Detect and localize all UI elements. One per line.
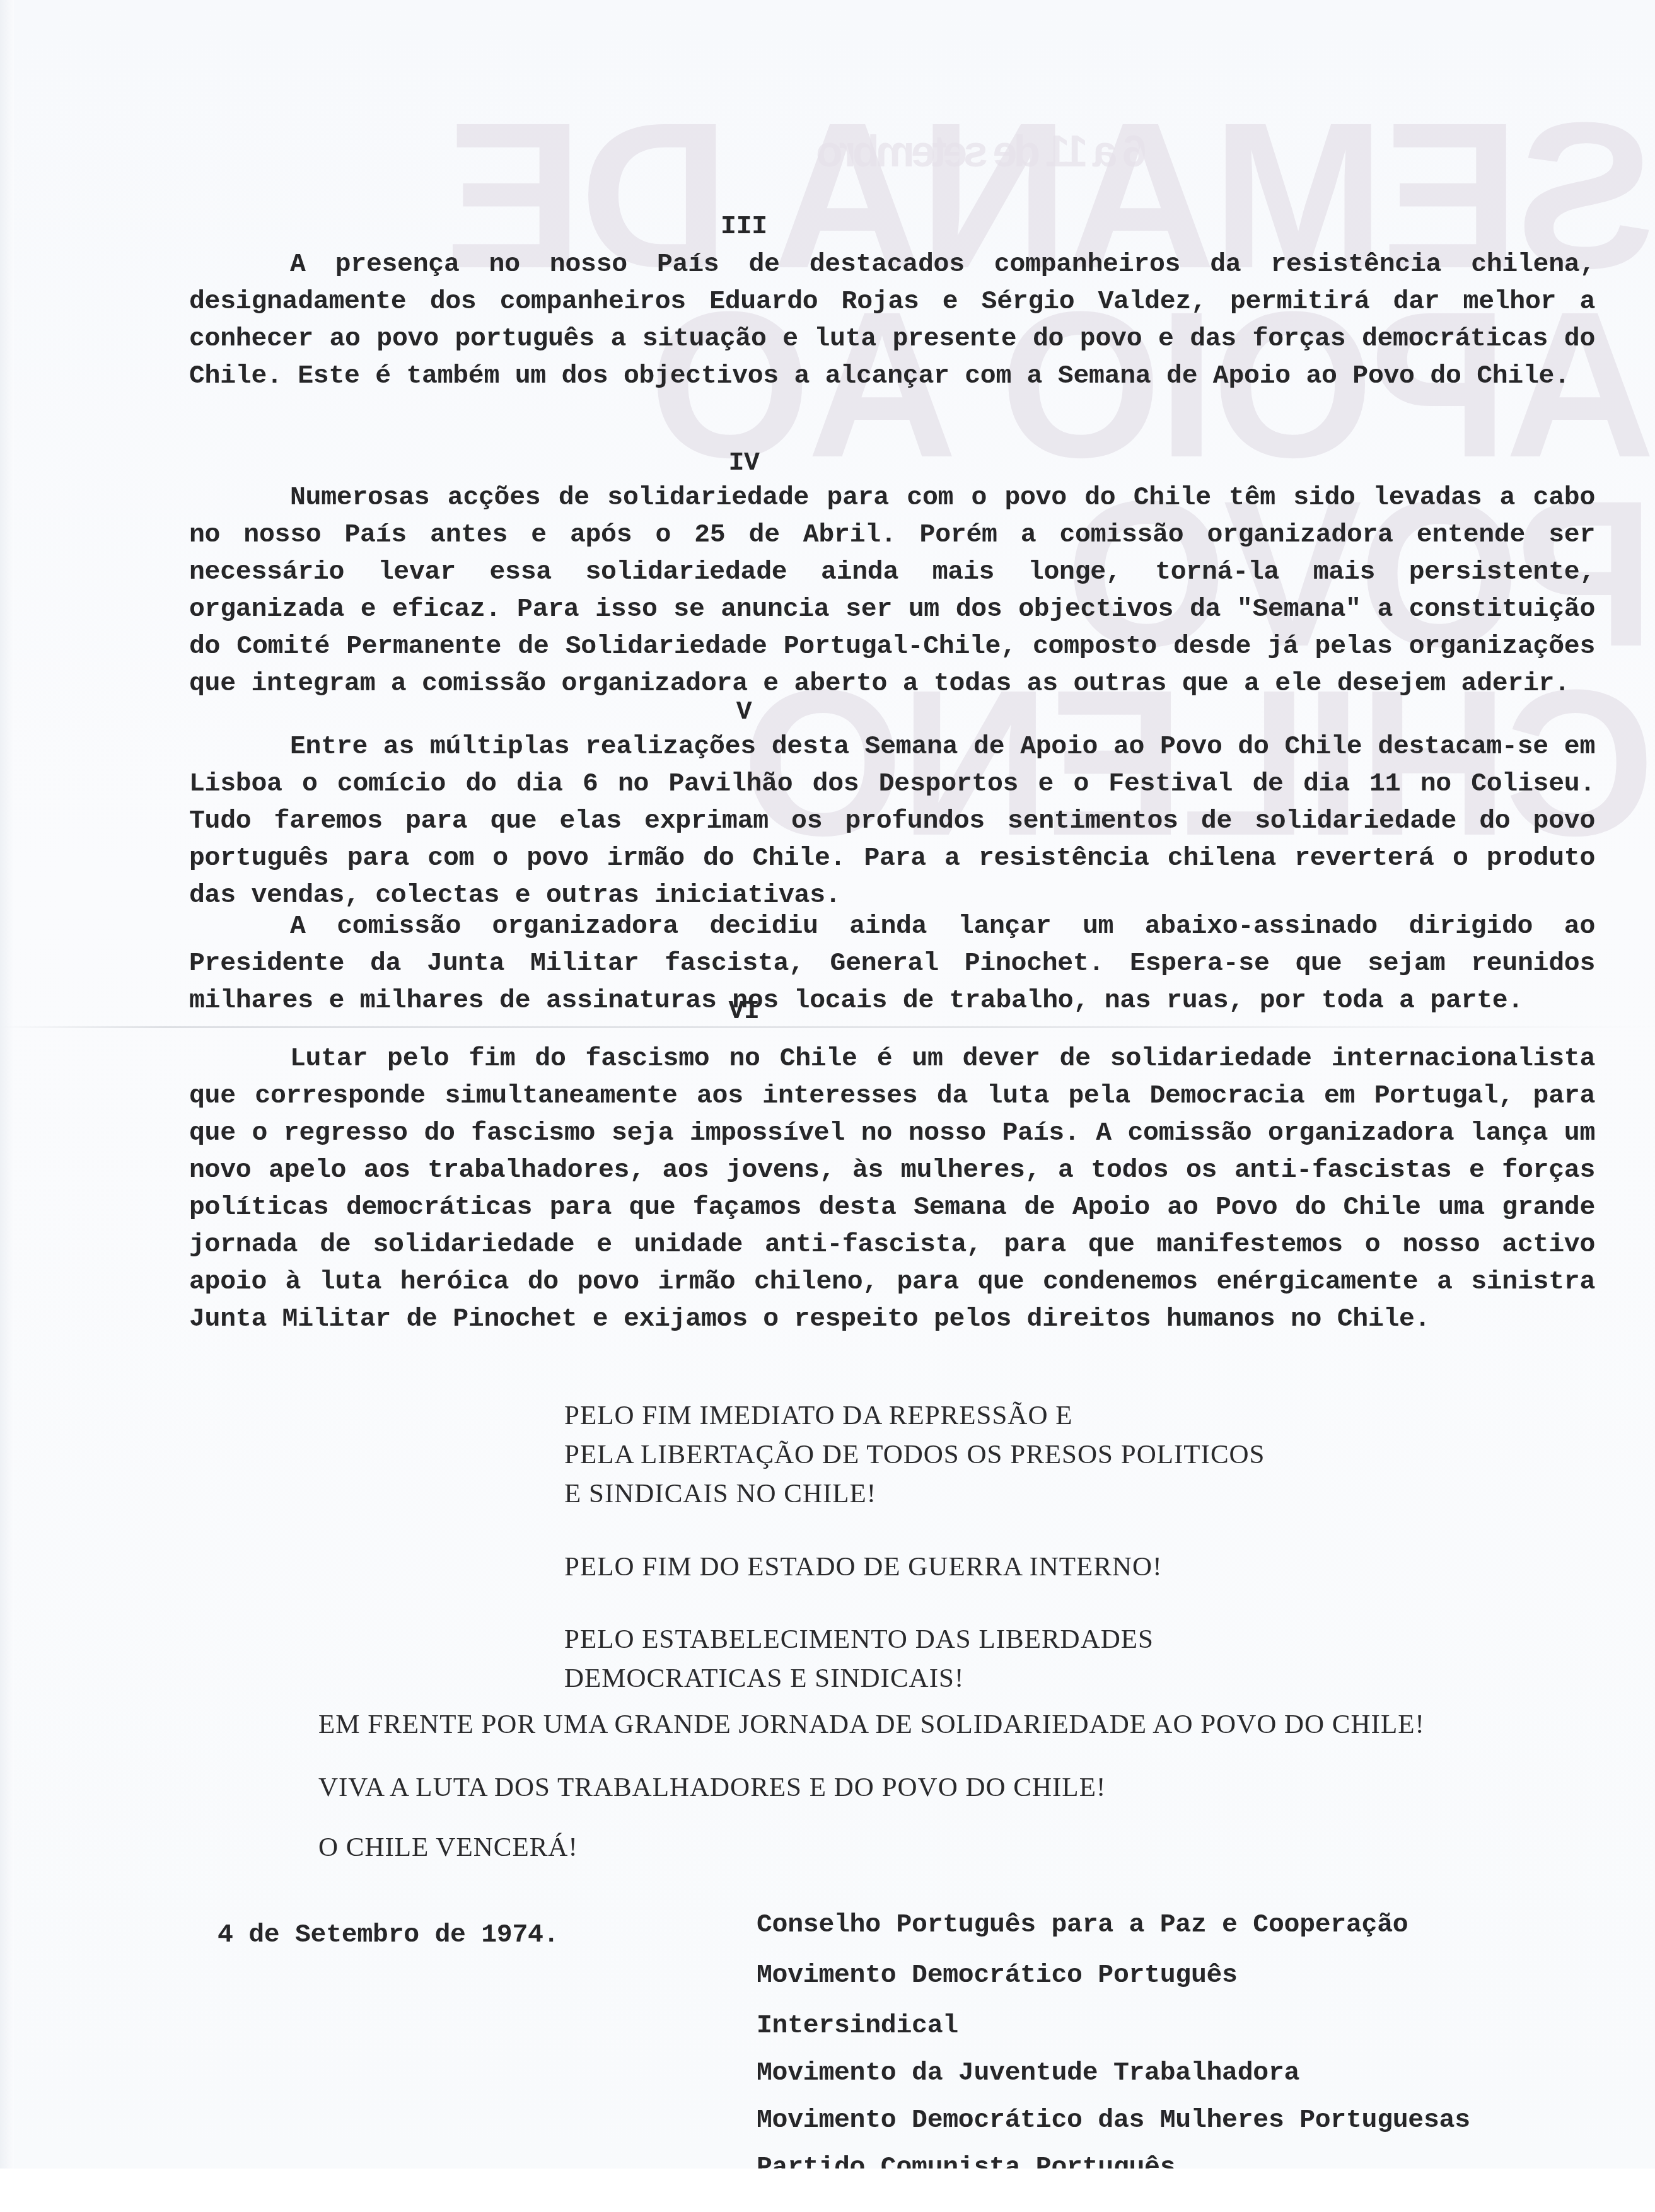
paragraph-text: A presença no nosso País de destacados c… [189,250,1595,391]
paragraph-text: Numerosas acções de solidariedade para c… [189,483,1595,698]
scanned-page: 6 a 11 de setembro SEMANA DE APOIO AO PO… [0,0,1655,2212]
paragraph-text: A comissão organizadora decidiu ainda la… [189,912,1595,1016]
demand-line: PELO FIM IMEDIATO DA REPRESSÃO E [564,1396,1265,1435]
section-numeral-v: V [681,693,807,731]
demand-line: PELO ESTABELECIMENTO DAS LIBERDADES [564,1620,1154,1659]
section-vi-paragraph: Lutar pelo fim do fascismo no Chile é um… [189,1040,1595,1338]
section-v-paragraph-1: Entre as múltiplas realizações desta Sem… [189,728,1595,914]
section-iv-paragraph: Numerosas acções de solidariedade para c… [189,479,1595,702]
demand-release-prisoners: PELO FIM IMEDIATO DA REPRESSÃO E PELA LI… [564,1396,1265,1514]
paper-fold-line [0,1026,1655,1028]
document-date: 4 de Setembro de 1974. [218,1916,559,1954]
demand-line: PELA LIBERTAÇÃO DE TODOS OS PRESOS POLIT… [564,1435,1265,1474]
paragraph-text: Entre as múltiplas realizações desta Sem… [189,732,1595,910]
scan-edge [0,0,14,2212]
demand-line: PELO FIM DO ESTADO DE GUERRA INTERNO! [564,1548,1162,1587]
demand-line: E SINDICAIS NO CHILE! [564,1474,1265,1514]
slogan-forward: EM FRENTE POR UMA GRANDE JORNADA DE SOLI… [318,1705,1425,1744]
section-v-paragraph-2: A comissão organizadora decidiu ainda la… [189,908,1595,1019]
demand-restore-liberties: PELO ESTABELECIMENTO DAS LIBERDADES DEMO… [564,1620,1154,1698]
slogan-long-live: VIVA A LUTA DOS TRABALHADORES E DO POVO … [318,1768,1106,1807]
paragraph-text: Lutar pelo fim do fascismo no Chile é um… [189,1044,1595,1334]
section-iii-paragraph: A presença no nosso País de destacados c… [189,246,1595,395]
signatory: Movimento Democrático Português [757,1960,1238,1990]
demand-end-state-of-war: PELO FIM DO ESTADO DE GUERRA INTERNO! [564,1548,1162,1587]
signatory: Movimento da Juventude Trabalhadora [757,2058,1299,2088]
signatory: Movimento Democrático das Mulheres Portu… [757,2105,1470,2135]
section-numeral-vi: VI [681,993,807,1030]
section-numeral-iv: IV [681,444,807,482]
scan-bottom-margin [0,2169,1655,2212]
demand-line: DEMOCRATICAS E SINDICAIS! [564,1659,1154,1698]
slogan-chile-will-win: O CHILE VENCERÁ! [318,1828,578,1867]
section-numeral-iii: III [681,208,807,245]
signatory: Conselho Português para a Paz e Cooperaç… [757,1910,1408,1940]
signatory: Intersindical [757,2011,958,2041]
